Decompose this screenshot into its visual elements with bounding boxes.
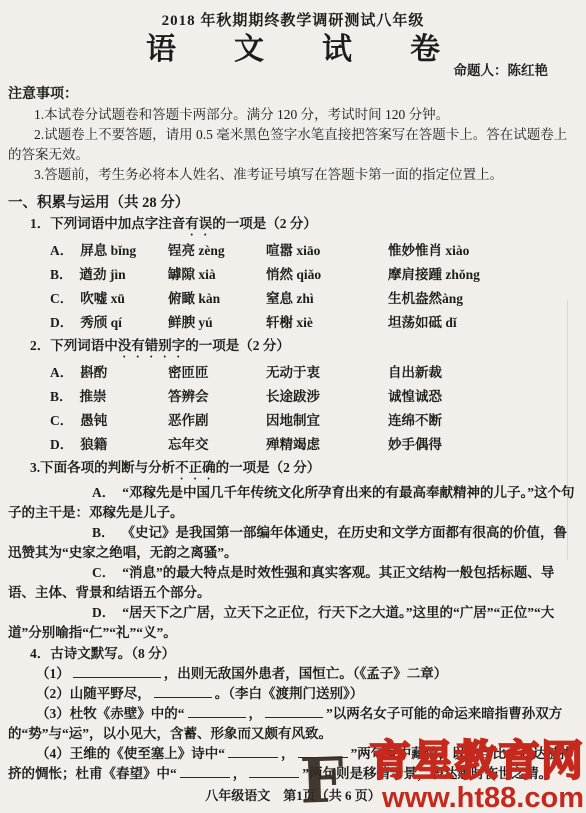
option-cell: C．吹嘘 xū [50, 287, 168, 311]
q3-option-b: B．《史记》是我国第一部编年体通史，在历史和文学方面都有很高的价值，鲁迅赞其为“… [8, 523, 578, 563]
option-word: 鲜腴 yú [168, 311, 266, 335]
q3-stem-pre: 3.下面各项的判断与分析 [30, 460, 175, 475]
q2-option-row-c: C．愚钝 恶作剧 因地制宜 连绵不断 [8, 409, 578, 433]
q3-stem-emphasis: 不正确 [175, 460, 216, 475]
option-word: 生机盎然àng [388, 287, 578, 311]
exam-paper-page: 2018 年秋期期终教学调研测试八年级 语 文 试 卷 命题人：陈红艳 注意事项… [0, 0, 586, 813]
q3-option-d: D．“居天下之广居，立天下之正位，行天下之大道。”这里的“广居”“正位”“大道”… [8, 603, 578, 643]
option-word: 因地制宜 [266, 409, 388, 433]
option-label: B． [50, 385, 73, 409]
q4-text: （2）山随平野尽， [36, 686, 151, 701]
q4-text: 。（李白《渡荆门送别》） [215, 686, 364, 701]
answer-blank [154, 685, 212, 698]
q1-option-row-b: B．遒劲 jìn 罅隙 xià 悄然 qiǎo 摩肩接踵 zhǒng [8, 263, 578, 287]
option-word: 锃亮 zèng [168, 239, 266, 263]
option-word: 秀颀 qí [80, 315, 122, 330]
option-word: 窒息 zhì [266, 287, 388, 311]
option-label: B． [50, 263, 73, 287]
notice-section: 注意事项： 1.本试卷分试题卷和答题卡两部分。满分 120 分，考试时间 120… [8, 85, 578, 185]
question-4-stem: 4．古诗文默写。（8 分） [8, 644, 578, 664]
scan-fold-line [567, 300, 568, 560]
option-word: 悄然 qiǎo [266, 263, 388, 287]
paper-body: 一、积累与运用（共 28 分） 1．下列词语中加点字注音有误的一项是（2 分） … [8, 193, 578, 784]
exam-session-title: 2018 年秋期期终教学调研测试八年级 [0, 0, 586, 31]
option-word: 妙手偶得 [388, 433, 578, 457]
question-1-stem: 1．下列词语中加点字注音有误的一项是（2 分） [8, 214, 578, 239]
question-3-stem: 3.下面各项的判断与分析不正确的一项是（2 分） [8, 458, 578, 483]
option-cell: A．斟酌 [50, 361, 168, 385]
q4-item-3: （3）杜牧《赤壁》中的“，”以两名女子可能的命运来暗指曹孙双方的“势”与“运”，… [8, 704, 578, 744]
q4-text: （4）王维的《使至塞上》诗中“ [36, 746, 225, 761]
option-word: 狼籍 [80, 437, 107, 452]
q4-item-4: （4）王维的《使至塞上》诗中“，”两句景中藏情，以物自比，表达被排挤的惆怅；杜甫… [8, 744, 578, 784]
option-label: C． [50, 563, 115, 583]
q4-text: （1） [36, 666, 70, 681]
q4-item-1: （1），出则无敌国外患者，国恒亡。（《孟子》二章） [8, 664, 578, 684]
q4-text: ， [233, 766, 247, 781]
option-word: 遒劲 jìn [80, 267, 126, 282]
option-word: 摩肩接踵 zhǒng [388, 263, 578, 287]
option-word: 喧嚣 xiāo [266, 239, 388, 263]
option-label: C． [50, 409, 73, 433]
q2-stem-pre: 2．下列词语中 [30, 338, 118, 353]
option-label: D． [50, 311, 73, 335]
option-word: 无动于衷 [266, 361, 388, 385]
section-1-heading: 一、积累与运用（共 28 分） [8, 193, 578, 213]
option-cell: B．推崇 [50, 385, 168, 409]
option-word: 吹嘘 xū [80, 291, 125, 306]
option-word: 轩榭 xiè [266, 311, 388, 335]
option-word: 长途跋涉 [266, 385, 388, 409]
option-word: 屏息 bǐng [80, 243, 136, 258]
option-word: 连绵不断 [388, 409, 578, 433]
notice-item-1: 1.本试卷分试题卷和答题卡两部分。满分 120 分，考试时间 120 分钟。 [8, 105, 578, 125]
q4-text: ， [249, 706, 263, 721]
option-label: D． [50, 603, 115, 623]
q1-stem-post: 的一项是（2 分） [212, 216, 317, 231]
q2-stem-emphasis: 没有错别字 [118, 338, 186, 353]
q1-option-row-d: D．秀颀 qí 鲜腴 yú 轩榭 xiè 坦荡如砥 dǐ [8, 311, 578, 335]
q3-option-a: A．“邓稼先是中国几千年传统文化所孕育出来的有最高奉献精神的儿子。”这个句子的主… [8, 483, 578, 523]
q1-options: A．屏息 bǐng 锃亮 zèng 喧嚣 xiāo 惟妙惟肖 xiào B．遒劲… [8, 239, 578, 335]
option-word: 答辨会 [168, 385, 266, 409]
option-cell: B．遒劲 jìn [50, 263, 168, 287]
option-label: A． [50, 483, 115, 503]
answer-blank [249, 765, 299, 778]
q1-stem-pre: 1．下列词语中加点字注音 [30, 216, 185, 231]
option-word: 忘年交 [168, 433, 266, 457]
option-label: A． [50, 239, 73, 263]
option-label: A． [50, 361, 73, 385]
answer-blank [73, 665, 161, 678]
q2-option-row-a: A．斟酌 密匝匝 无动于衷 自出新裁 [8, 361, 578, 385]
option-word: 罅隙 xià [168, 263, 266, 287]
option-word: 自出新裁 [388, 361, 578, 385]
q3-stem-post: 的一项是（2 分） [216, 460, 321, 475]
answer-blank [265, 705, 323, 718]
option-cell: A．屏息 bǐng [50, 239, 168, 263]
paper-title: 语 文 试 卷 [0, 40, 586, 60]
q2-option-row-b: B．推崇 答辨会 长途跋涉 诚惶诚恐 [8, 385, 578, 409]
option-label: D． [50, 433, 73, 457]
page-footer: 八年级语文 第1页（共 6 页） [0, 786, 586, 806]
option-word: 推崇 [80, 389, 107, 404]
q4-text: （3）杜牧《赤壁》中的“ [36, 706, 185, 721]
answer-blank [180, 765, 230, 778]
option-word: 诚惶诚恐 [388, 385, 578, 409]
option-cell: C．愚钝 [50, 409, 168, 433]
option-word: 俯瞰 kàn [168, 287, 266, 311]
option-word: 斟酌 [80, 365, 107, 380]
q1-stem-emphasis: 有误 [185, 216, 212, 231]
option-label: C． [50, 287, 73, 311]
ink-stamp-mark: F [299, 749, 345, 812]
option-word: 坦荡如砥 dǐ [388, 311, 578, 335]
q4-item-2: （2）山随平野尽，。（李白《渡荆门送别》） [8, 684, 578, 704]
option-word: 密匝匝 [168, 361, 266, 385]
option-word: 愚钝 [80, 413, 107, 428]
q2-options: A．斟酌 密匝匝 无动于衷 自出新裁 B．推崇 答辨会 长途跋涉 诚惶诚恐 C．… [8, 361, 578, 457]
q3-option-c: C．“消息”的最大特点是时效性强和真实客观。其正文结构一般包括标题、导语、主体、… [8, 563, 578, 603]
q4-text: ， [281, 746, 295, 761]
q2-stem-post: 的一项是（2 分） [185, 338, 290, 353]
option-word: 恶作剧 [168, 409, 266, 433]
question-2-stem: 2．下列词语中没有错别字的一项是（2 分） [8, 336, 578, 361]
notice-heading: 注意事项： [8, 85, 578, 105]
option-cell: D．秀颀 qí [50, 311, 168, 335]
option-word: 殚精竭虑 [266, 433, 388, 457]
notice-item-3: 3.答题前，考生务必将本人姓名、准考证号填写在答题卡第一面的指定位置上。 [8, 165, 578, 185]
notice-item-2: 2.试题卷上不要答题，请用 0.5 毫米黑色签字水笔直接把答案写在答题卡上。答在… [8, 125, 578, 165]
q2-option-row-d: D．狼籍 忘年交 殚精竭虑 妙手偶得 [8, 433, 578, 457]
q4-text: ，出则无敌国外患者，国恒亡。（《孟子》二章） [164, 666, 448, 681]
q1-option-row-c: C．吹嘘 xū 俯瞰 kàn 窒息 zhì 生机盎然àng [8, 287, 578, 311]
option-word: 惟妙惟肖 xiào [388, 239, 578, 263]
answer-blank [188, 705, 246, 718]
option-cell: D．狼籍 [50, 433, 168, 457]
answer-blank [228, 745, 278, 758]
q1-option-row-a: A．屏息 bǐng 锃亮 zèng 喧嚣 xiāo 惟妙惟肖 xiào [8, 239, 578, 263]
option-label: B． [50, 523, 115, 543]
